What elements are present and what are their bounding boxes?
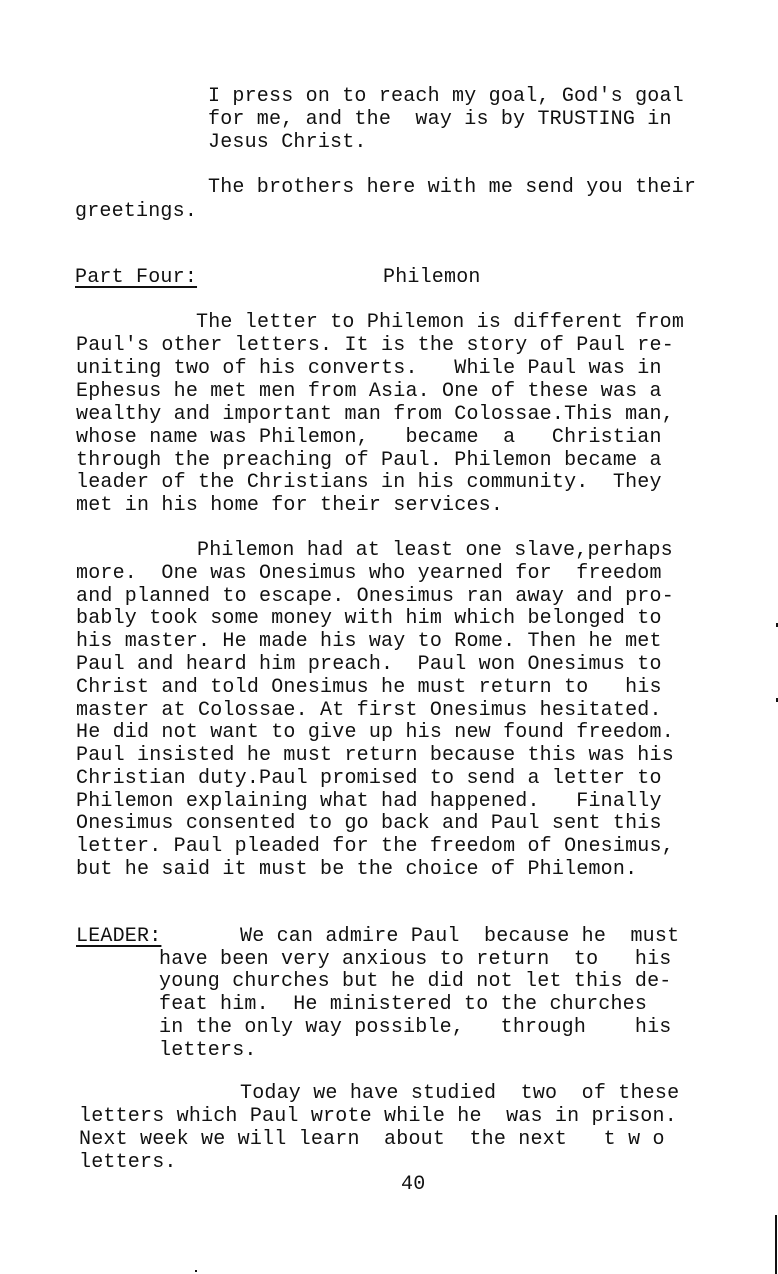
- section-title: Philemon: [383, 266, 481, 289]
- quote-line: for me, and the way is by TRUSTING in: [208, 108, 672, 131]
- paragraph-line: Paul insisted he must return because thi…: [76, 744, 674, 767]
- page-number: 40: [401, 1173, 425, 1196]
- paragraph-line: The letter to Philemon is different from: [196, 311, 684, 334]
- closing-line: Next week we will learn about the next t…: [79, 1128, 665, 1151]
- document-page: I press on to reach my goal, God's goal …: [0, 0, 778, 1274]
- page-edge-line: [775, 1215, 777, 1274]
- leader-line: in the only way possible, through his: [159, 1016, 671, 1039]
- leader-line: We can admire Paul because he must: [240, 925, 679, 948]
- paragraph-line: Paul and heard him preach. Paul won Ones…: [76, 653, 662, 676]
- paragraph-line: master at Colossae. At first Onesimus he…: [76, 699, 662, 722]
- paragraph-line: Christian duty.Paul promised to send a l…: [76, 767, 662, 790]
- paragraph-line: Ephesus he met men from Asia. One of the…: [76, 380, 662, 403]
- paragraph-line: wealthy and important man from Colossae.…: [76, 403, 674, 426]
- closing-line: letters which Paul wrote while he was in…: [79, 1105, 677, 1128]
- closing-line: Today we have studied two of these: [240, 1082, 679, 1105]
- paragraph-line: but he said it must be the choice of Phi…: [76, 858, 637, 881]
- paragraph-line: Onesimus consented to go back and Paul s…: [76, 812, 662, 835]
- leader-line: have been very anxious to return to his: [159, 948, 671, 971]
- paragraph-line: Philemon had at least one slave,perhaps: [197, 539, 673, 562]
- greeting-line: The brothers here with me send you their: [208, 176, 696, 199]
- paragraph-line: Paul's other letters. It is the story of…: [76, 334, 674, 357]
- paragraph-line: through the preaching of Paul. Philemon …: [76, 449, 662, 472]
- paragraph-line: Christ and told Onesimus he must return …: [76, 676, 662, 699]
- paragraph-line: met in his home for their services.: [76, 494, 503, 517]
- greeting-line: greetings.: [75, 200, 197, 223]
- quote-line: I press on to reach my goal, God's goal: [208, 85, 684, 108]
- paragraph-line: bably took some money with him which bel…: [76, 607, 662, 630]
- leader-label: LEADER:: [76, 925, 161, 948]
- closing-line: letters.: [79, 1151, 177, 1174]
- paragraph-line: leader of the Christians in his communit…: [76, 471, 662, 494]
- paragraph-line: more. One was Onesimus who yearned for f…: [76, 562, 662, 585]
- leader-line: young churches but he did not let this d…: [159, 970, 671, 993]
- scan-speck: [195, 1270, 197, 1272]
- quote-line: Jesus Christ.: [208, 131, 367, 154]
- paragraph-line: He did not want to give up his new found…: [76, 721, 674, 744]
- paragraph-line: Philemon explaining what had happened. F…: [76, 790, 662, 813]
- leader-line: feat him. He ministered to the churches: [159, 993, 647, 1016]
- paragraph-line: whose name was Philemon, became a Christ…: [76, 426, 662, 449]
- paragraph-line: his master. He made his way to Rome. The…: [76, 630, 662, 653]
- paragraph-line: uniting two of his converts. While Paul …: [76, 357, 662, 380]
- paragraph-line: and planned to escape. Onesimus ran away…: [76, 585, 674, 608]
- section-label: Part Four:: [75, 266, 197, 289]
- paragraph-line: letter. Paul pleaded for the freedom of …: [76, 835, 674, 858]
- leader-line: letters.: [159, 1039, 257, 1062]
